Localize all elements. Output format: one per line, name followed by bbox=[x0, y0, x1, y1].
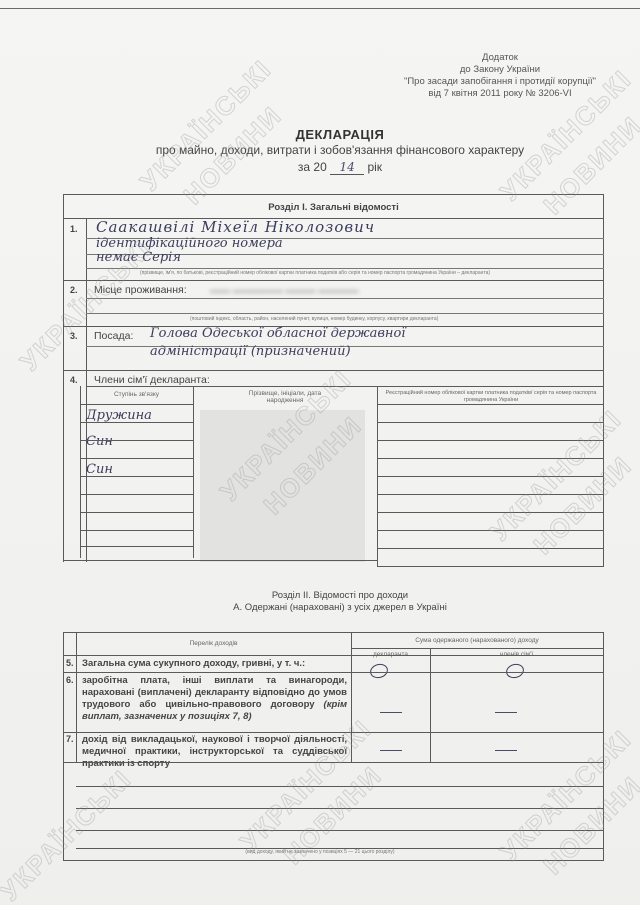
family-col-divider-1 bbox=[193, 386, 194, 558]
item3-position-handwritten-2: адміністрації (призначений) bbox=[150, 344, 351, 359]
family-col-id-header: Реєстраційний номер облікової картки пла… bbox=[382, 390, 600, 404]
item2-line bbox=[86, 298, 604, 299]
section2-title: Розділ ІІ. Відомості про доходи bbox=[60, 590, 620, 601]
family-row-line bbox=[80, 458, 193, 459]
family-id-row-line bbox=[377, 422, 603, 423]
table-border-right bbox=[603, 194, 604, 566]
income-row6-family-dash bbox=[495, 712, 517, 713]
appendix-line-1: Додаток bbox=[360, 52, 640, 64]
income-row6-number: 6. bbox=[66, 675, 74, 685]
watermark-text: УКРАЇНСЬКІ bbox=[0, 764, 138, 905]
family-row-line bbox=[80, 546, 193, 547]
income-row5-declarant-zero bbox=[368, 662, 389, 680]
row-divider bbox=[63, 280, 604, 281]
income-row7-number: 7. bbox=[66, 734, 74, 744]
family-row-line bbox=[80, 512, 193, 513]
income-sum-subdivider bbox=[430, 648, 431, 762]
table-border-left bbox=[63, 194, 64, 562]
family-relation-3: Син bbox=[86, 462, 113, 477]
section1-bottom bbox=[63, 560, 378, 561]
number-column-divider bbox=[86, 218, 87, 562]
family-relation-2: Син bbox=[86, 434, 113, 449]
family-row-line bbox=[80, 530, 193, 531]
section2-subtitle: А. Одержані (нараховані) з усіх джерел в… bbox=[60, 602, 620, 613]
item2-line bbox=[86, 313, 604, 314]
item1-name-handwritten: Саакашвілі Міхеїл Ніколозович bbox=[96, 218, 375, 236]
family-row-line bbox=[80, 422, 193, 423]
family-row-line bbox=[80, 440, 193, 441]
income-row6-declarant-dash bbox=[380, 712, 402, 713]
family-row-line bbox=[80, 476, 193, 477]
family-id-row-line bbox=[377, 548, 603, 549]
income-row6-main: заробітна плата, інші виплати та винагор… bbox=[82, 675, 347, 710]
item1-number: 1. bbox=[70, 224, 78, 234]
income-table-top bbox=[63, 632, 604, 633]
income-num-divider bbox=[76, 632, 77, 762]
income-header-line bbox=[351, 648, 603, 649]
scanned-page: Додаток до Закону України "Про засади за… bbox=[0, 0, 640, 905]
family-id-row-line bbox=[377, 404, 603, 405]
item4-number: 4. bbox=[70, 375, 78, 385]
family-row-line bbox=[80, 404, 193, 405]
family-relation-1: Дружина bbox=[86, 408, 152, 423]
income-col-sum-header: Сума одержаного (нарахованого) доходу bbox=[351, 637, 603, 644]
family-col-left bbox=[80, 386, 81, 558]
income-row5-number: 5. bbox=[66, 658, 74, 668]
family-id-row-line bbox=[377, 566, 604, 567]
item2-caption: (поштовий індекс, область, район, населе… bbox=[190, 316, 570, 322]
income-col-list-header: Перелік доходів bbox=[76, 640, 351, 647]
item1-line bbox=[86, 268, 604, 269]
income-row7-family-dash bbox=[495, 750, 517, 751]
family-col-relation-header: Ступінь зв'язку bbox=[80, 391, 193, 398]
income-row5-family-zero bbox=[504, 662, 525, 680]
appendix-line-2: до Закону України bbox=[360, 64, 640, 76]
item4-label: Члени сім'ї декларанта: bbox=[94, 374, 210, 386]
year-prefix: за 20 bbox=[298, 160, 327, 174]
item3-position-handwritten: Голова Одеської обласної державної bbox=[150, 326, 405, 341]
item3-label: Посада: bbox=[94, 330, 133, 342]
section1-title: Розділ І. Загальні відомості bbox=[63, 202, 604, 213]
family-id-row-line bbox=[377, 494, 603, 495]
income-row-line bbox=[63, 732, 604, 733]
income-row7-declarant-dash bbox=[380, 750, 402, 751]
family-row-line bbox=[80, 494, 193, 495]
income-row-line bbox=[63, 672, 604, 673]
year-suffix: рік bbox=[367, 160, 382, 174]
income-row-line bbox=[63, 655, 604, 656]
income-row5-text: Загальна сума сукупного доходу, гривні, … bbox=[82, 658, 347, 670]
item2-address-redacted: ▬▬ ▬▬▬▬▬ ▬▬▬ ▬▬▬▬ bbox=[210, 285, 358, 296]
page-edge-line bbox=[0, 8, 640, 9]
item1-caption: (прізвище, ім'я, по батькові, реєстрацій… bbox=[140, 270, 580, 276]
income-row6-text: заробітна плата, інші виплати та винагор… bbox=[82, 675, 347, 723]
year-handwritten: 14 bbox=[330, 160, 364, 175]
